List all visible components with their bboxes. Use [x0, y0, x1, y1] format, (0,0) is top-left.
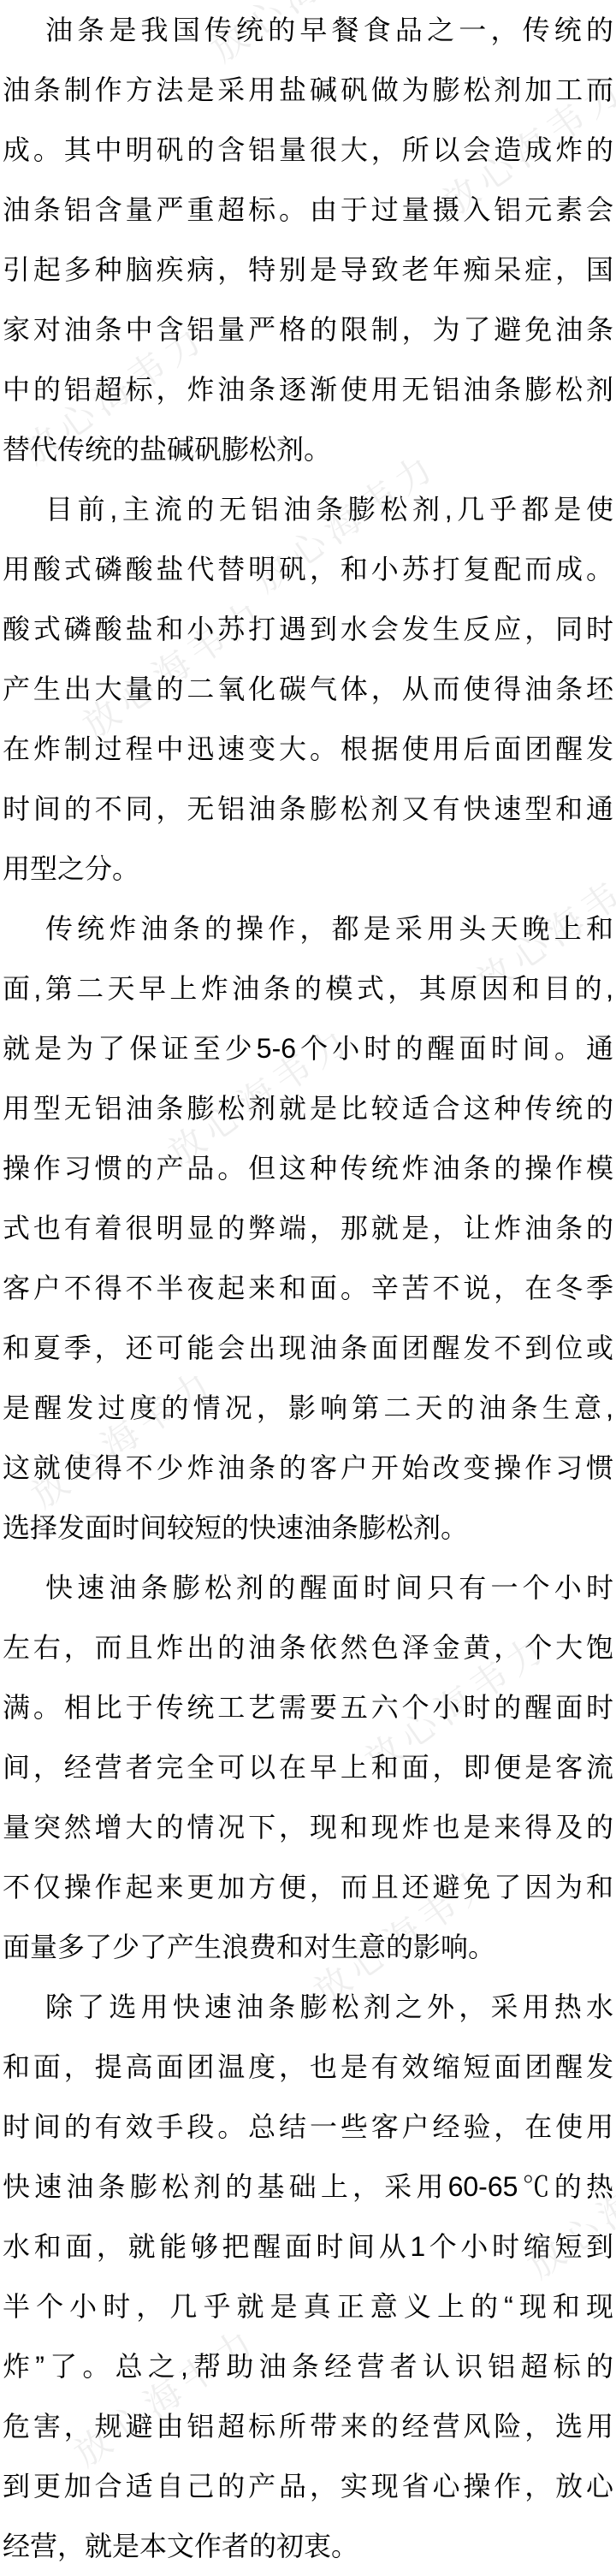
- text-line: 量突然增大的情况下，现和现炸也是来得及的: [3, 1797, 613, 1857]
- text-line: 经营，就是本文作者的初衷。: [3, 2516, 613, 2576]
- text-line: 间，经营者完全可以在早上和面，即便是客流: [3, 1737, 613, 1797]
- text-line: 酸式磷酸盐和小苏打遇到水会发生反应，同时: [3, 599, 613, 659]
- text-line: 和面，提高面团温度，也是有效缩短面团醒发: [3, 2037, 613, 2097]
- text-line: 半个小时，几乎就是真正意义上的“现和现: [3, 2276, 613, 2336]
- text-line: 替代传统的盐碱矾膨松剂。: [3, 419, 613, 479]
- text-line: 用酸式磷酸盐代替明矾，和小苏打复配而成。: [3, 539, 613, 599]
- text-line: 传统炸油条的操作，都是采用头天晚上和: [3, 899, 613, 959]
- text-line: 不仅操作起来更加方便，而且还避免了因为和: [3, 1857, 613, 1917]
- text-line: 除了选用快速油条膨松剂之外，采用热水: [3, 1977, 613, 2037]
- text-line: 这就使得不少炸油条的客户开始改变操作习惯: [3, 1438, 613, 1498]
- text-line: 炸”了。总之,帮助油条经营者认识铝超标的: [3, 2336, 613, 2396]
- text-line: 用型无铝油条膨松剂就是比较适合这种传统的: [3, 1078, 613, 1138]
- article-body: 油条是我国传统的早餐食品之一，传统的油条制作方法是采用盐碱矾做为膨松剂加工而成。…: [0, 0, 616, 2576]
- text-line: 选择发面时间较短的快速油条膨松剂。: [3, 1498, 613, 1558]
- article-page: 放心海韦力放心海韦力放心海韦力放心海韦力放心海韦力放心海韦力放心海韦力放心海韦力…: [0, 0, 616, 2576]
- text-line: 家对油条中含铝量严格的限制，为了避免油条: [3, 300, 613, 359]
- text-line: 是醒发过度的情况，影响第二天的油条生意,: [3, 1378, 613, 1438]
- text-line: 面量多了少了产生浪费和对生意的影响。: [3, 1917, 613, 1977]
- text-line: 左右，而且炸出的油条依然色泽金黄，个大饱: [3, 1617, 613, 1677]
- text-line: 快速油条膨松剂的基础上，采用60-65℃的热: [3, 2157, 613, 2217]
- text-line: 用型之分。: [3, 839, 613, 899]
- text-line: 快速油条膨松剂的醒面时间只有一个小时: [3, 1558, 613, 1617]
- text-line: 式也有着很明显的弊端，那就是，让炸油条的: [3, 1198, 613, 1258]
- text-line: 引起多种脑疾病，特别是导致老年痴呆症，国: [3, 240, 613, 300]
- text-line: 危害，规避由铝超标所带来的经营风险，选用: [3, 2396, 613, 2456]
- text-line: 油条是我国传统的早餐食品之一，传统的: [3, 0, 613, 60]
- text-line: 油条铝含量严重超标。由于过量摄入铝元素会: [3, 180, 613, 240]
- text-line: 满。相比于传统工艺需要五六个小时的醒面时: [3, 1677, 613, 1737]
- text-line: 就是为了保证至少5-6个小时的醒面时间。通: [3, 1018, 613, 1078]
- text-line: 产生出大量的二氧化碳气体，从而使得油条坯: [3, 659, 613, 719]
- text-line: 到更加合适自己的产品，实现省心操作，放心: [3, 2456, 613, 2516]
- text-line: 时间的不同，无铝油条膨松剂又有快速型和通: [3, 779, 613, 839]
- text-line: 操作习惯的产品。但这种传统炸油条的操作模: [3, 1138, 613, 1198]
- text-line: 油条制作方法是采用盐碱矾做为膨松剂加工而: [3, 60, 613, 120]
- text-line: 水和面，就能够把醒面时间从1个小时缩短到: [3, 2217, 613, 2276]
- text-line: 在炸制过程中迅速变大。根据使用后面团醒发: [3, 719, 613, 779]
- text-line: 成。其中明矾的含铝量很大，所以会造成炸的: [3, 120, 613, 180]
- text-line: 时间的有效手段。总结一些客户经验，在使用: [3, 2097, 613, 2157]
- text-line: 客户不得不半夜起来和面。辛苦不说，在冬季: [3, 1258, 613, 1318]
- text-line: 中的铝超标，炸油条逐渐使用无铝油条膨松剂: [3, 359, 613, 419]
- text-line: 和夏季，还可能会出现油条面团醒发不到位或: [3, 1318, 613, 1378]
- text-line: 目前,主流的无铝油条膨松剂,几乎都是使: [3, 479, 613, 539]
- text-line: 面,第二天早上炸油条的模式，其原因和目的,: [3, 959, 613, 1018]
